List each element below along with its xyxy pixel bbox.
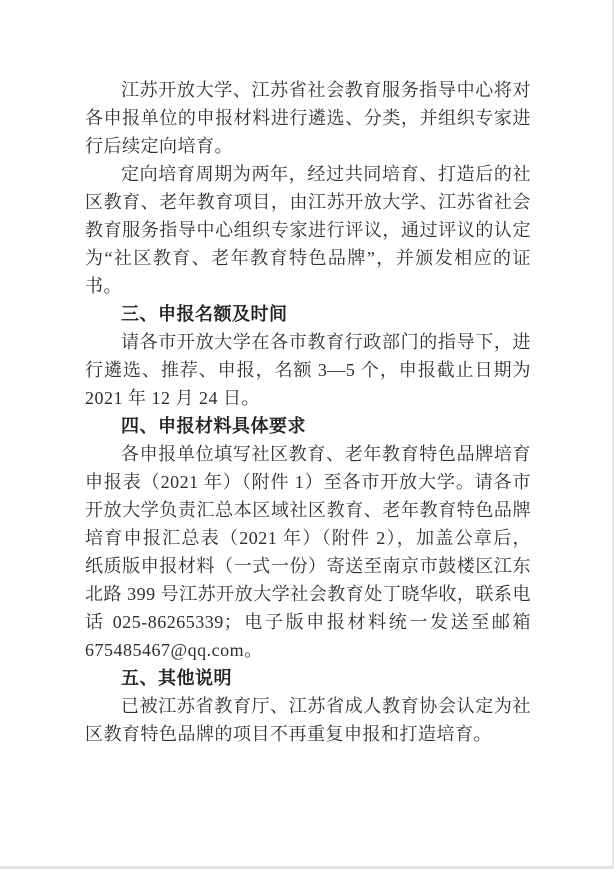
section-heading-other-notes: 五、其他说明: [85, 664, 531, 692]
document-page: 江苏开放大学、江苏省社会教育服务指导中心将对各申报单位的申报材料进行遴选、分类，…: [0, 0, 614, 869]
paragraph-material-submission: 各申报单位填写社区教育、老年教育特色品牌培育申报表（2021 年）（附件 1）至…: [85, 440, 531, 664]
document-body: 江苏开放大学、江苏省社会教育服务指导中心将对各申报单位的申报材料进行遴选、分类，…: [85, 76, 531, 748]
section-heading-material-requirements: 四、申报材料具体要求: [85, 412, 531, 440]
paragraph-cultivation-period: 定向培育周期为两年，经过共同培育、打造后的社区教育、老年教育项目，由江苏开放大学…: [85, 160, 531, 300]
paragraph-no-duplicate-application: 已被江苏省教育厅、江苏省成人教育协会认定为社区教育特色品牌的项目不再重复申报和打…: [85, 692, 531, 748]
section-heading-quota-and-time: 三、申报名额及时间: [85, 300, 531, 328]
paragraph-quota-deadline: 请各市开放大学在各市教育行政部门的指导下，进行遴选、推荐、申报，名额 3—5 个…: [85, 328, 531, 412]
paragraph-review-selection: 江苏开放大学、江苏省社会教育服务指导中心将对各申报单位的申报材料进行遴选、分类，…: [85, 76, 531, 160]
